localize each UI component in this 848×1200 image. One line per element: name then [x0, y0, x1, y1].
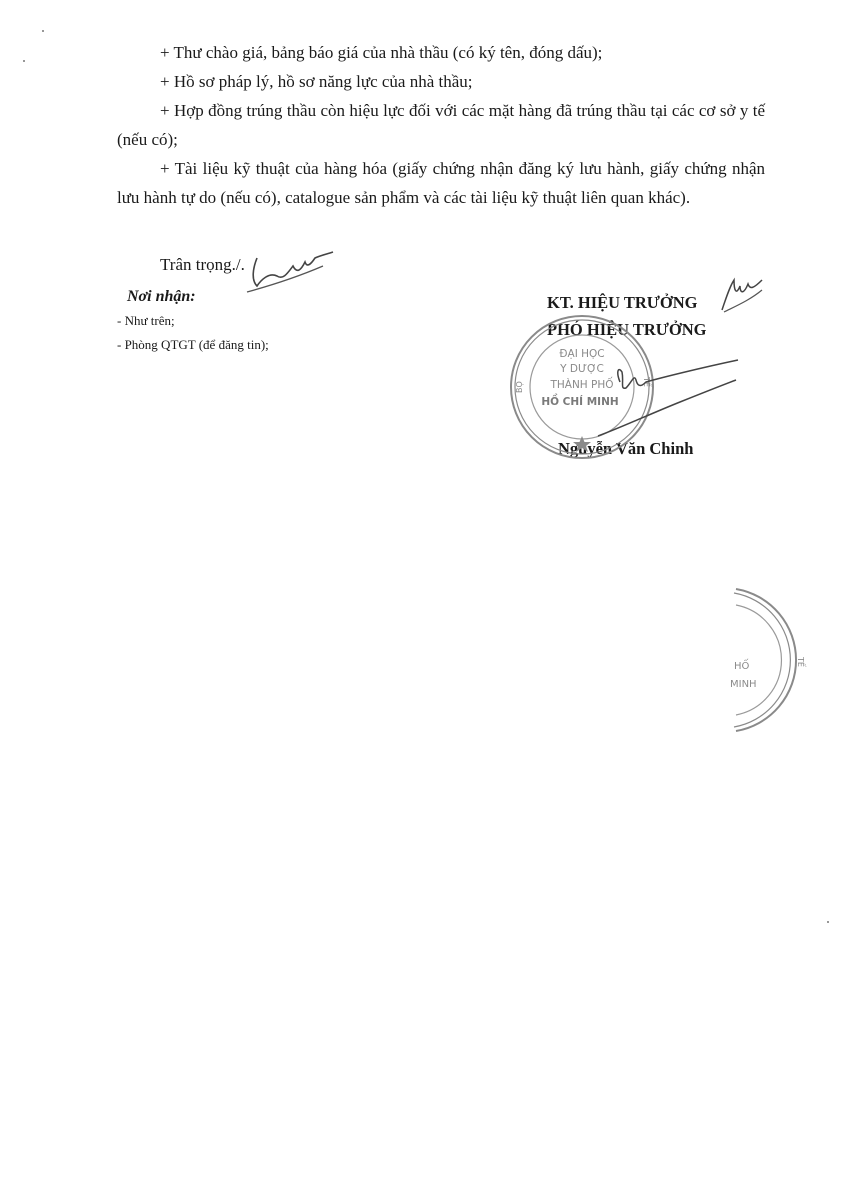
partial-stamp-line: HỐ: [734, 658, 750, 672]
paragraph-contracts: + Hợp đồng trúng thầu còn hiệu lực đối v…: [117, 96, 765, 154]
stamp-side-right: TẾ: [642, 376, 653, 388]
stamp-line: HỒ CHÍ MINH: [541, 393, 618, 408]
scan-speck: [827, 921, 829, 923]
partial-stamp-icon: HỐ MINH TẾ: [730, 585, 810, 735]
scan-speck: [23, 60, 25, 62]
signer-title-line1: KT. HIỆU TRƯỞNG: [547, 289, 760, 316]
partial-stamp-line: MINH: [730, 679, 757, 690]
scan-speck: [42, 30, 44, 32]
stamp-line: ĐẠI HỌC: [559, 348, 604, 360]
document-body: + Thư chào giá, bảng báo giá của nhà thầ…: [117, 38, 765, 212]
recipients-block: Nơi nhận: - Như trên; - Phòng QTGT (để đ…: [117, 288, 269, 360]
recipients-title: Nơi nhận:: [127, 288, 269, 306]
signer-name: Nguyễn Văn Chinh: [558, 439, 693, 459]
partial-stamp-side-right: TẾ: [796, 656, 807, 668]
signature-block: KT. HIỆU TRƯỞNG PHÓ HIỆU TRƯỞNG Nguyễn V…: [520, 289, 760, 343]
paragraph-legal-docs: + Hồ sơ pháp lý, hồ sơ năng lực của nhà …: [117, 67, 765, 96]
stamp-line: Y DƯỢC: [559, 363, 604, 375]
recipient-item: - Phòng QTGT (để đăng tin);: [117, 336, 269, 354]
stamp-line: THÀNH PHỐ: [549, 377, 613, 391]
main-signature-icon: [590, 352, 740, 442]
signer-title-line2: PHÓ HIỆU TRƯỞNG: [547, 316, 760, 343]
document-page: + Thư chào giá, bảng báo giá của nhà thầ…: [0, 0, 848, 1200]
recipient-item: - Như trên;: [117, 312, 269, 330]
paragraph-quotation: + Thư chào giá, bảng báo giá của nhà thầ…: [117, 38, 765, 67]
stamp-side-left: BỘ: [513, 381, 524, 393]
paragraph-technical-docs: + Tài liệu kỹ thuật của hàng hóa (giấy c…: [117, 154, 765, 212]
closing-text: Trân trọng./.: [160, 255, 245, 275]
